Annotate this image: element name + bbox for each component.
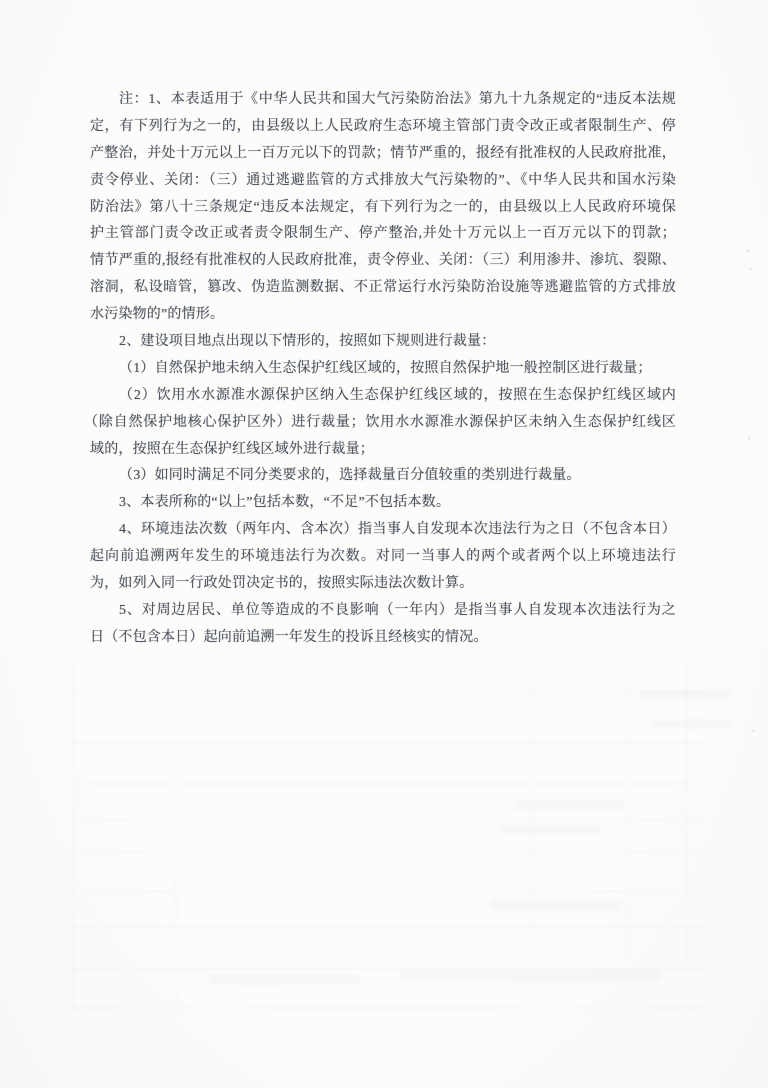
text-line: 域的，按照在生态保护红线区域外进行裁量； — [90, 437, 676, 464]
text-line: 定，有下列行为之一的，由县级以上人民政府生态环境主管部门责令改正或者限制生产、停 — [90, 114, 676, 141]
text-line: 5、对周边居民、单位等造成的不良影响（一年内）是指当事人自发现本次违法行为之 — [90, 598, 676, 625]
text-line: 3、本表所称的“以上”包括本数，“不足”不包括本数。 — [90, 490, 676, 517]
text-line: 责令停业、关闭：（三）通过逃避监管的方式排放大气污染物的”、《中华人民共和国水污… — [90, 168, 676, 195]
text-line: 护主管部门责令改正或者责令限制生产、停产整治,并处十万元以上一百万元以下的罚款； — [90, 221, 676, 248]
text-line: （2）饮用水水源准水源保护区纳入生态保护红线区域的，按照在生态保护红线区域内 — [90, 383, 676, 410]
scan-speck — [750, 268, 752, 270]
text-line: （1）自然保护地未纳入生态保护红线区域的，按照自然保护地一般控制区进行裁量； — [90, 356, 676, 383]
scan-speck — [752, 730, 755, 732]
text-line: 日（不包含本日）起向前追溯一年发生的投诉且经核实的情况。 — [90, 625, 676, 652]
text-line: 水污染物的”的情形。 — [90, 302, 676, 329]
scan-speck — [747, 250, 750, 252]
text-line: 4、环境违法次数（两年内、含本次）指当事人自发现本次违法行为之日（不包含本日） — [90, 517, 676, 544]
text-line: 2、建设项目地点出现以下情形的，按照如下规则进行裁量： — [90, 329, 676, 356]
text-line: 产整治，并处十万元以上一百万元以下的罚款；情节严重的，报经有批准权的人民政府批准… — [90, 141, 676, 168]
scanned-document-page: 注：1、本表适用于《中华人民共和国大气污染防治法》第九十九条规定的“违反本法规定… — [0, 0, 768, 1088]
text-line: 防治法》第八十三条规定“违反本法规定，有下列行为之一的，由县级以上人民政府环境保 — [90, 195, 676, 222]
text-line: 溶洞，私设暗管，篡改、伪造监测数据、不正常运行水污染防治设施等逃避监管的方式排放 — [90, 275, 676, 302]
text-line: （3）如同时满足不同分类要求的，选择裁量百分值较重的类别进行裁量。 — [90, 463, 676, 490]
text-line: 起向前追溯两年发生的环境违法行为次数。对同一当事人的两个或者两个以上环境违法行 — [90, 544, 676, 571]
text-line: 为，如列入同一行政处罚决定书的，按照实际违法次数计算。 — [90, 571, 676, 598]
text-line: （除自然保护地核心保护区外）进行裁量；饮用水水源准水源保护区未纳入生态保护红线区 — [90, 410, 676, 437]
scan-speck — [748, 437, 750, 440]
text-line: 情节严重的,报经有批准权的人民政府批准，责令停业、关闭：（三）利用渗井、渗坑、裂… — [90, 248, 676, 275]
notes-text-block: 注：1、本表适用于《中华人民共和国大气污染防治法》第九十九条规定的“违反本法规定… — [90, 87, 676, 652]
text-line: 注：1、本表适用于《中华人民共和国大气污染防治法》第九十九条规定的“违反本法规 — [90, 87, 676, 114]
